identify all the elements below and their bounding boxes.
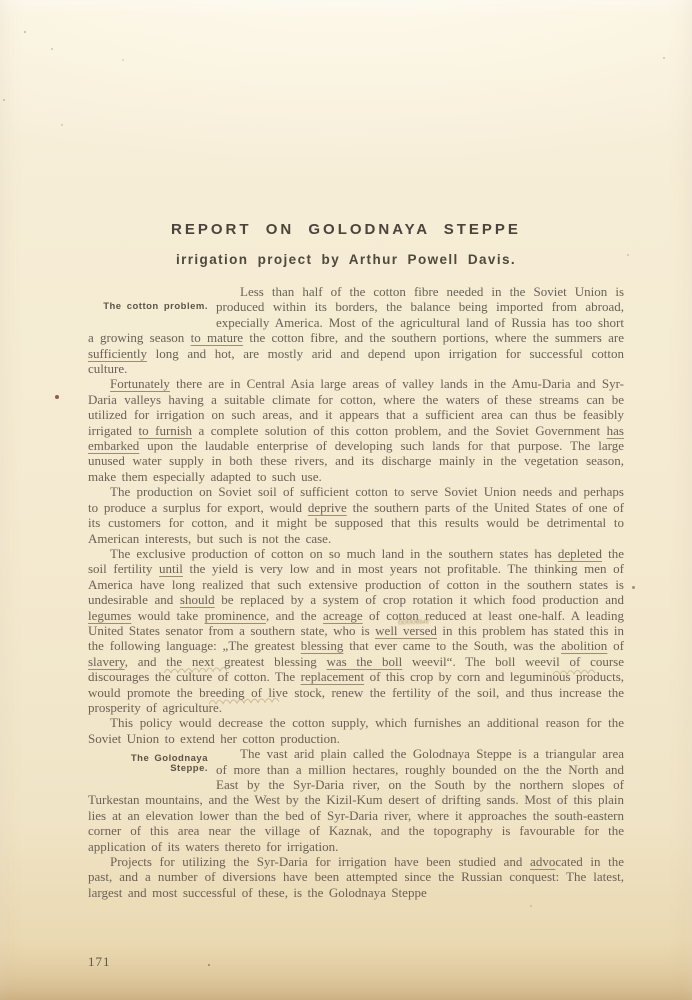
pencil-underlined-text: blessing — [301, 638, 344, 653]
paper-speck — [208, 964, 210, 966]
pencil-underlined-text: replacement — [301, 669, 365, 684]
paragraph: This policy would decrease the cotton su… — [88, 715, 624, 746]
pencil-underlined-text: should — [180, 592, 215, 607]
paper-speck — [61, 124, 63, 126]
page-number: 171 — [88, 954, 111, 970]
body-text-segment: , and the — [266, 608, 323, 623]
pencil-annotation: бобовые — [398, 615, 430, 627]
paragraph: The cotton problem.Less than half of the… — [88, 284, 624, 376]
paper-speck — [663, 57, 665, 59]
paper-speck — [627, 254, 629, 256]
report-subtitle: irrigation project by Arthur Powell Davi… — [0, 252, 692, 267]
pencil-underlined-text: to furnish — [139, 423, 192, 438]
paragraph: Projects for utilizing the Syr-Daria for… — [88, 854, 624, 900]
paragraph: The exclusive production of cotton on so… — [88, 546, 624, 715]
paper-speck — [530, 905, 532, 907]
paragraph: Fortunately there are in Central Asia la… — [88, 376, 624, 484]
pencil-underlined-text: deprive — [308, 500, 347, 515]
body-text-segment: This policy would decrease the cotton su… — [88, 715, 624, 745]
body-text-segment: The exclusive production of cotton on so… — [110, 546, 558, 561]
paragraph: The Golodnaya Steppe.The vast arid plain… — [88, 746, 624, 854]
paper-speck — [122, 59, 124, 61]
paper-speck — [24, 31, 26, 33]
pencil-underlined-text: depleted — [558, 546, 602, 561]
pencil-underlined-text: to mature — [191, 330, 243, 345]
body-text-segment: of — [607, 638, 624, 653]
paper-speck — [51, 48, 53, 50]
pencil-underlined-text: until — [159, 561, 183, 576]
paper-speck — [55, 395, 59, 399]
body-text-segment: would take — [131, 608, 204, 623]
body-text-segment: long and hot, are mostly arid and depend… — [88, 346, 624, 376]
pencil-underlined-text: Fortunately — [110, 376, 170, 391]
body-text-segment: upon the laudable enterprise of developi… — [88, 438, 624, 484]
body-text-segment: Projects for utilizing the Syr-Daria for… — [110, 854, 530, 869]
pencil-underlined-text: abolition — [561, 638, 607, 653]
pencil-underlined-text: advo — [530, 854, 555, 869]
body-text-segment: a complete solution of this cotton probl… — [192, 423, 607, 438]
report-title: REPORT ON GOLODNAYA STEPPE — [0, 221, 692, 238]
pencil-underlined-text: acreage — [323, 608, 363, 623]
paragraph: The production on Soviet soil of suffici… — [88, 484, 624, 546]
paper-speck — [632, 586, 635, 589]
pencil-scribble-annotation — [552, 667, 598, 679]
pencil-underlined-text: was the boll — [326, 654, 402, 669]
margin-note: The Golodnaya Steppe. — [88, 746, 216, 777]
pencil-underlined-text: legumes — [88, 608, 131, 623]
body-text: The cotton problem.Less than half of the… — [88, 284, 624, 900]
body-text-segment: the cotton fibre, and the southern porti… — [243, 330, 624, 345]
pencil-underlined-text: slavery — [88, 654, 125, 669]
body-text-segment: that ever came to the South, was the — [343, 638, 561, 653]
scanned-document-page: REPORT ON GOLODNAYA STEPPE irrigation pr… — [0, 0, 692, 1000]
body-text-segment: be replaced by a system of crop rotation… — [215, 592, 624, 607]
paper-speck — [3, 99, 5, 101]
margin-note: The cotton problem. — [88, 284, 216, 315]
pencil-underlined-text: sufficiently — [88, 346, 147, 361]
pencil-underlined-text: prominence — [205, 608, 266, 623]
